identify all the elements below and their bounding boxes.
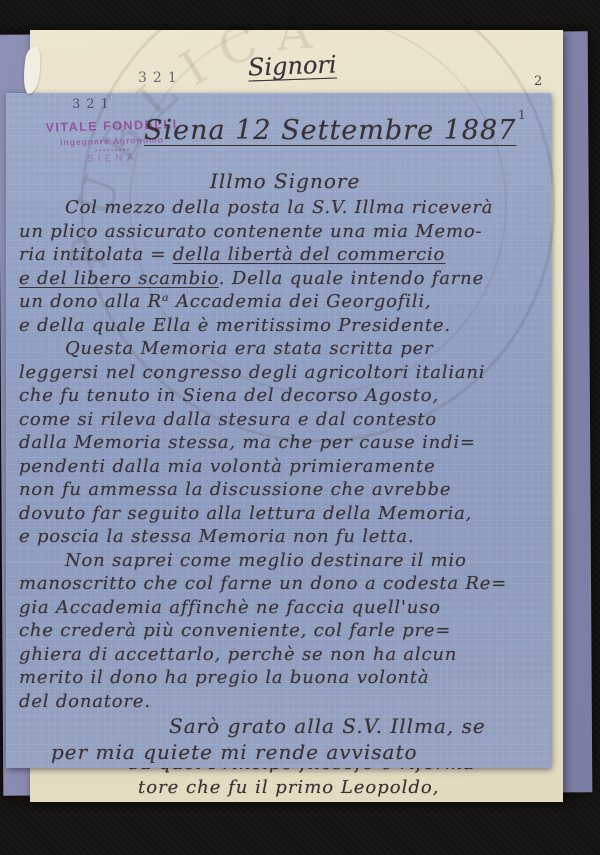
letter-line: non fu ammessa la discussione che avrebb… <box>19 479 539 503</box>
scanned-letter-collage: { "palette": { "background": "#151311", … <box>0 0 600 855</box>
closing-line: per mia quiete mi rende avvisato <box>19 740 539 766</box>
letter-line: Questa Memoria era stata scritta per <box>19 338 539 362</box>
letter-line: dovuto far seguito alla lettura della Me… <box>19 503 539 527</box>
album-page-number: 2 <box>534 74 542 89</box>
letter-text: e poscia la stessa Memoria non fu letta. <box>19 526 414 547</box>
letter-line: pendenti dalla mia volontà primieramente <box>19 456 539 480</box>
letter-text: un dono alla Rᵃ Accademia dei Georgofili… <box>19 291 431 312</box>
letter-text: che fu tenuto in Siena del decorso Agost… <box>19 385 439 406</box>
letter-line: dalla Memoria stessa, ma che per cause i… <box>19 432 539 456</box>
letter-text: Col mezzo della posta la S.V. Illma rice… <box>65 197 493 218</box>
letter-line: un plico assicurato contenente una mia M… <box>19 221 539 245</box>
letter-line: leggersi nel congresso degli agricoltori… <box>19 362 539 386</box>
underlined-phrase: della libertà del commercio <box>173 244 445 265</box>
letter-text: che crederà più conveniente, col farle p… <box>19 620 451 641</box>
letter-line: che crederà più conveniente, col farle p… <box>19 620 539 644</box>
letter-text: pendenti dalla mia volontà primieramente <box>19 456 436 477</box>
letter-text: come si rileva dalla stesura e dal conte… <box>19 409 437 430</box>
letter-text: Non saprei come meglio destinare il mio <box>65 550 467 571</box>
letter-line: ria intitolata = della libertà del comme… <box>19 244 539 268</box>
sender-stamp-city: SIENA <box>32 151 192 166</box>
letter-line: merito il dono ha pregio la buona volont… <box>19 667 539 691</box>
letter-body: Col mezzo della posta la S.V. Illma rice… <box>19 197 539 766</box>
letter-text: . Della quale intendo farne <box>219 268 484 289</box>
letter-line: gia Accademia affinchè ne faccia quell'u… <box>19 597 539 621</box>
letter-text: manoscritto che col farne un dono a code… <box>19 573 507 594</box>
letter-line: e poscia la stessa Memoria non fu letta. <box>19 526 539 550</box>
letter-text: Questa Memoria era stata scritta per <box>65 338 434 359</box>
letter-text: gia Accademia affinchè ne faccia quell'u… <box>19 597 441 618</box>
letter-text: ghiera di accettarlo, perchè se non ha a… <box>19 644 457 665</box>
letter-text: non fu ammessa la discussione che avrebb… <box>19 479 451 500</box>
letter-text: ria intitolata = <box>19 244 173 265</box>
letter-stamp-number: 321 <box>72 97 115 112</box>
letter-text: merito il dono ha pregio la buona volont… <box>19 667 429 688</box>
underlined-phrase: e del libero scambio <box>19 268 219 289</box>
letter-text: dalla Memoria stessa, ma che per cause i… <box>19 432 476 453</box>
letter-text: dovuto far seguito alla lettura della Me… <box>19 503 472 524</box>
album-heading: Signori <box>248 50 337 81</box>
closing-line: Sarò grato alla S.V. Illma, se <box>19 714 539 740</box>
letter-line: e del libero scambio. Della quale intend… <box>19 268 539 292</box>
letter-line: come si rileva dalla stesura e dal conte… <box>19 409 539 433</box>
letter-text: un plico assicurato contenente una mia M… <box>19 221 482 242</box>
letter-line: Col mezzo della posta la S.V. Illma rice… <box>19 197 539 221</box>
letter-line: del donatore. <box>19 691 539 715</box>
letter-text: del donatore. <box>19 691 151 712</box>
salutation: Illmo Signore <box>210 169 360 193</box>
stamp-ornament <box>95 149 129 152</box>
letter-text: e della quale Ella è meritissimo Preside… <box>19 315 451 336</box>
letter-line: ghiera di accettarlo, perchè se non ha a… <box>19 644 539 668</box>
letter-line: un dono alla Rᵃ Accademia dei Georgofili… <box>19 291 539 315</box>
underlying-line: tore che fu il primo Leopoldo, <box>128 776 558 800</box>
album-stamp-number: 321 <box>138 70 183 86</box>
letter-text: leggersi nel congresso degli agricoltori… <box>19 362 485 383</box>
letter-line: che fu tenuto in Siena del decorso Agost… <box>19 385 539 409</box>
letter-page: 321 1 VITALE FONDELLI Ingegnere Agronomo… <box>6 93 551 768</box>
letter-line: Non saprei come meglio destinare il mio <box>19 550 539 574</box>
letter-page-number: 1 <box>518 108 526 122</box>
dateline: Siena 12 Settembre 1887 <box>144 115 516 146</box>
letter-line: manoscritto che col farne un dono a code… <box>19 573 539 597</box>
letter-line: e della quale Ella è meritissimo Preside… <box>19 315 539 339</box>
